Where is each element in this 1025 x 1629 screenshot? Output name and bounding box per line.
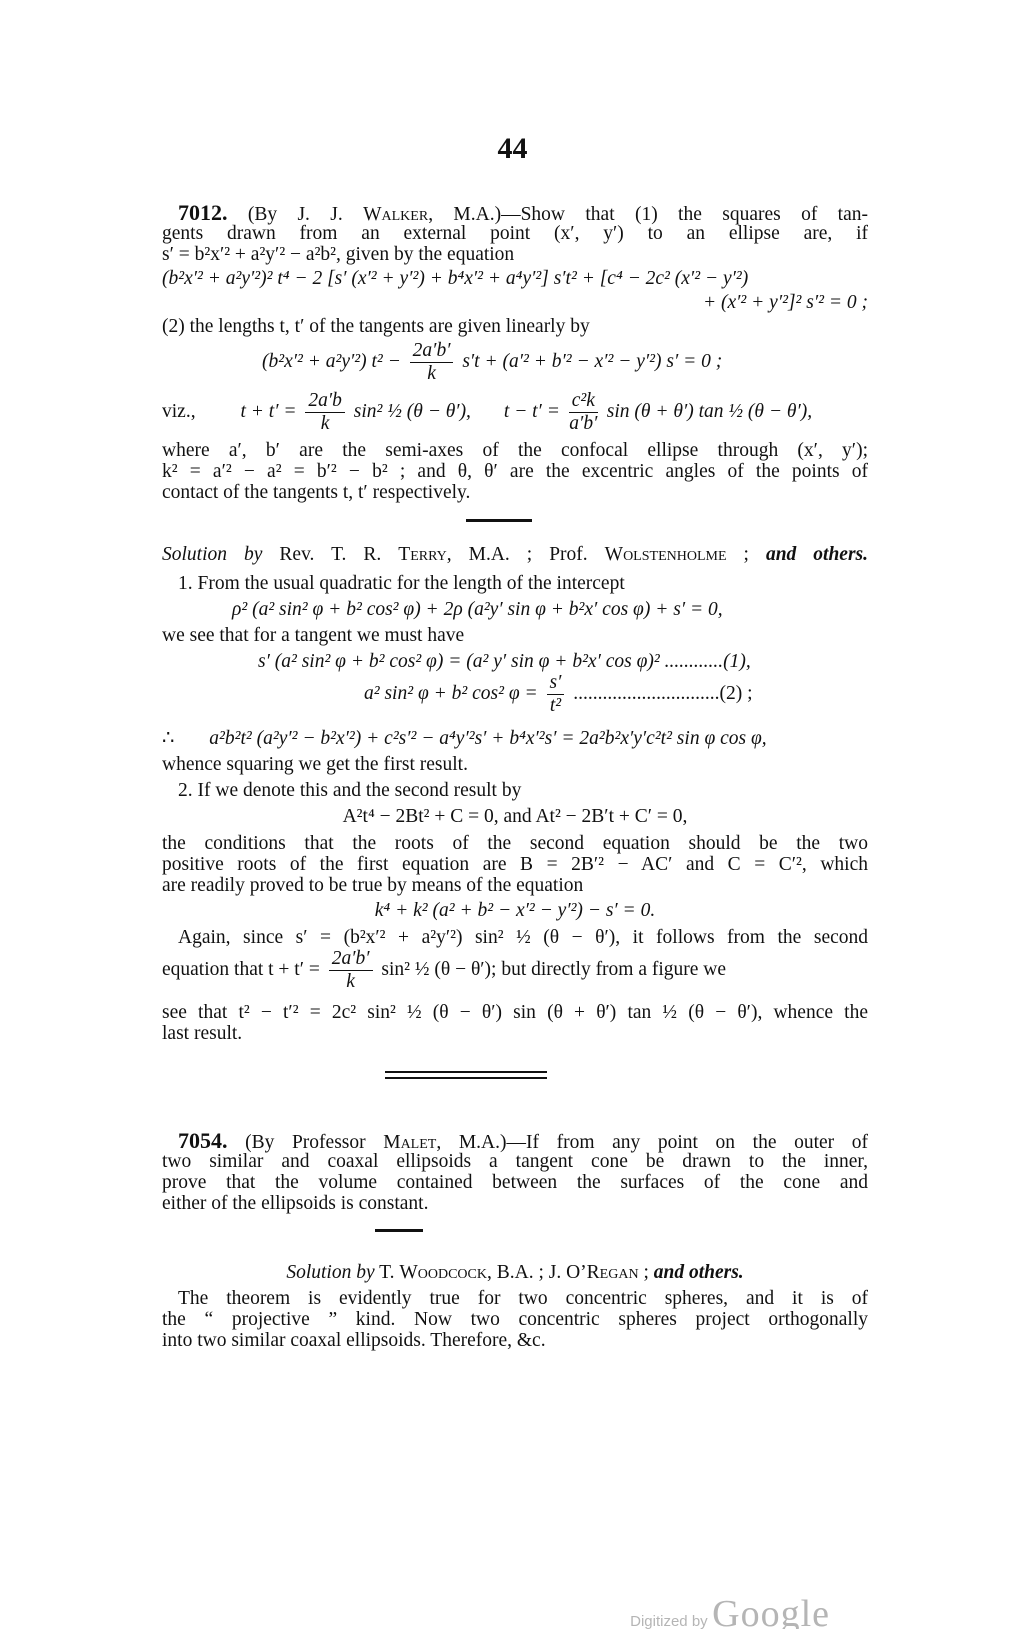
author-name: Malet bbox=[383, 1132, 436, 1153]
fraction: 2a′bk bbox=[305, 390, 345, 435]
text-line: into two similar coaxal ellipsoids. Ther… bbox=[162, 1330, 868, 1351]
text-line: see that t² − t′² = 2c² sin² ½ (θ − θ′) … bbox=[162, 1002, 868, 1023]
text-line: prove that the volume contained between … bbox=[162, 1172, 868, 1193]
page-number: 44 bbox=[0, 132, 1025, 166]
text-line: 2. If we denote this and the second resu… bbox=[178, 780, 884, 801]
fraction: s′t² bbox=[547, 672, 565, 717]
equation-2: a² sin² φ + b² cos² φ = s′t² ...........… bbox=[364, 672, 868, 717]
solution-heading: Solution by T. Woodcock, B.A. ; J. O’Reg… bbox=[162, 1262, 868, 1283]
section-divider bbox=[375, 1229, 423, 1232]
text-line: the “ projective ” kind. Now two concent… bbox=[162, 1309, 868, 1330]
google-logo: Google bbox=[712, 1593, 830, 1629]
text-line: the conditions that the roots of the sec… bbox=[162, 833, 868, 854]
problem-heading: 7012. (By J. J. Walker, M.A.)—Show that … bbox=[178, 202, 868, 225]
viz-equations: viz., t + t′ = 2a′bk sin² ½ (θ − θ′), t … bbox=[162, 390, 868, 435]
text-line-with-fraction: equation that t + t′ = 2a′b′k sin² ½ (θ … bbox=[162, 948, 868, 993]
text-line: are readily proved to be true by means o… bbox=[162, 875, 868, 896]
solution-heading: Solution by Rev. T. R. Terry, M.A. ; Pro… bbox=[162, 544, 868, 565]
text-line: (2) the lengths t, t′ of the tangents ar… bbox=[162, 316, 868, 337]
equation: A²t⁴ − 2Bt² + C = 0, and At² − 2B′t + C′… bbox=[162, 806, 868, 827]
text-line: whence squaring we get the first result. bbox=[162, 754, 868, 775]
equation: ρ² (a² sin² φ + b² cos² φ) + 2ρ (a²y′ si… bbox=[232, 599, 938, 620]
fraction: c²ka′b′ bbox=[569, 390, 598, 435]
text-line: k² = a′² − a² = b′² − b² ; and θ, θ′ are… bbox=[162, 461, 868, 482]
text-line: s′ = b²x′² + a²y′² − a²b², given by the … bbox=[162, 244, 868, 265]
author-name: Walker bbox=[363, 204, 428, 225]
double-rule-top bbox=[385, 1071, 547, 1073]
text-line: where a′, b′ are the semi-axes of the co… bbox=[162, 440, 868, 461]
problem-number: 7012. bbox=[178, 200, 228, 225]
digitized-by-google-watermark: Digitized by Google bbox=[630, 1592, 830, 1629]
problem-number: 7054. bbox=[178, 1128, 228, 1153]
text-line: contact of the tangents t, t′ respective… bbox=[162, 482, 868, 503]
equation-linear: (b²x′² + a²y′²) t² − 2a′b′k s′t + (a′² +… bbox=[262, 340, 862, 385]
text-line: The theorem is evidently true for two co… bbox=[178, 1288, 868, 1309]
section-divider bbox=[466, 519, 532, 522]
text-line: last result. bbox=[162, 1023, 868, 1044]
equation: k⁴ + k² (a² + b² − x′² − y′²) − s′ = 0. bbox=[162, 900, 868, 921]
fraction: 2a′b′k bbox=[329, 948, 373, 993]
text-line: positive roots of the first equation are… bbox=[162, 854, 868, 875]
therefore-symbol: ∴ bbox=[162, 728, 174, 749]
equation-1: s′ (a² sin² φ + b² cos² φ) = (a² y′ sin … bbox=[258, 651, 868, 672]
text-line: we see that for a tangent we must have bbox=[162, 625, 868, 646]
text-line: Again, since s′ = (b²x′² + a²y′²) sin² ½… bbox=[178, 927, 868, 948]
text-line: either of the ellipsoids is constant. bbox=[162, 1193, 868, 1214]
double-rule-bottom bbox=[385, 1077, 547, 1079]
equation: (b²x′² + a²y′²)² t⁴ − 2 [s′ (x′² + y′²) … bbox=[162, 268, 868, 289]
equation-continued: + (x′² + y′²]² s′² = 0 ; bbox=[162, 292, 868, 313]
text-line: two similar and coaxal ellipsoids a tang… bbox=[162, 1151, 868, 1172]
therefore-equation: ∴ a²b²t² (a²y′² − b²x′²) + c²s′² − a⁴y′²… bbox=[162, 728, 868, 749]
fraction: 2a′b′k bbox=[410, 340, 454, 385]
text-line: gents drawn from an external point (x′, … bbox=[162, 223, 868, 244]
problem-heading: 7054. (By Professor Malet, M.A.)—If from… bbox=[178, 1130, 868, 1153]
text-line: 1. From the usual quadratic for the leng… bbox=[178, 573, 884, 594]
